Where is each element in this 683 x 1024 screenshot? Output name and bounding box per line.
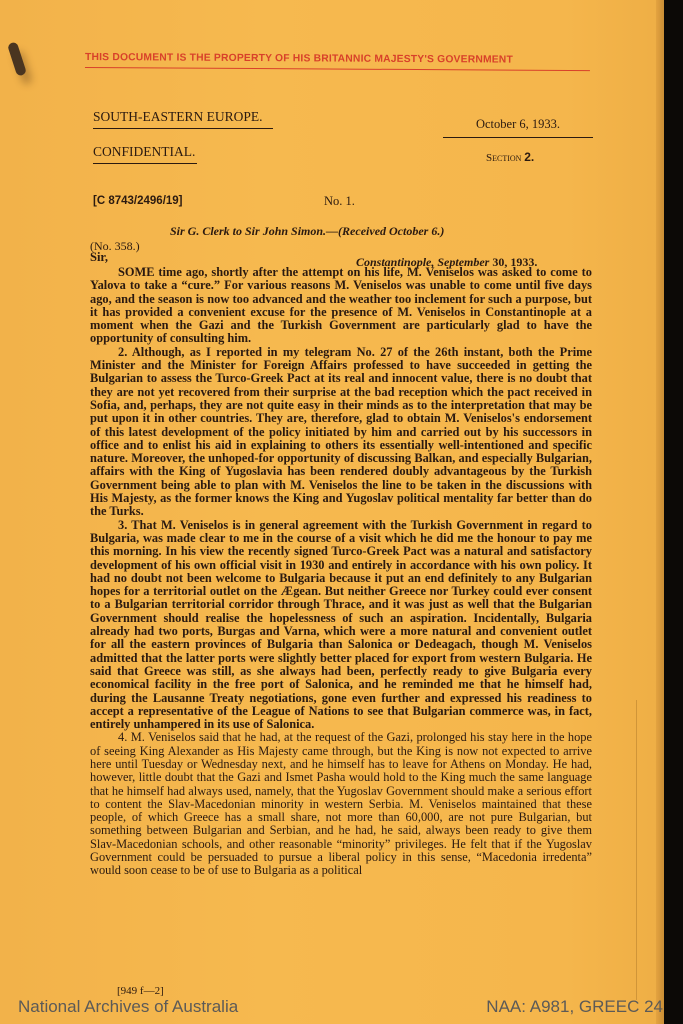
archive-reference: NAA: A981, GREEC 24 [486,997,663,1017]
section-number: 2. [524,150,534,164]
section-word: Section [486,152,521,164]
paragraph-4: 4. M. Veniselos said that he had, at the… [90,731,592,877]
section-label: Section 2. [486,150,534,164]
paragraph-3: 3. That M. Veniselos is in general agree… [90,519,592,732]
paragraph-2: 2. Although, as I reported in my telegra… [90,346,592,519]
letter-body: SOME time ago, shortly after the attempt… [90,266,592,878]
letter-salutation: Sir, [90,250,108,265]
page-edge [656,0,664,1024]
reference-code-text: [C 8743/2496/19] [93,195,183,207]
reference-code: [C 8743/2496/19] [93,193,183,208]
document-date: October 6, 1933. [443,117,593,138]
paragraph-1: SOME time ago, shortly after the attempt… [90,266,592,346]
letter-from-to: Sir G. Clerk to Sir John Simon.—(Receive… [170,224,444,239]
archive-watermark: National Archives of Australia [18,997,238,1017]
document-number: No. 1. [324,194,355,209]
fold-line [636,700,637,1000]
property-notice: THIS DOCUMENT IS THE PROPERTY OF HIS BRI… [85,52,590,71]
print-code: [949 f—2] [117,985,164,997]
region-heading: SOUTH-EASTERN EUROPE. [93,109,273,129]
classification-label: CONFIDENTIAL. [93,144,197,164]
